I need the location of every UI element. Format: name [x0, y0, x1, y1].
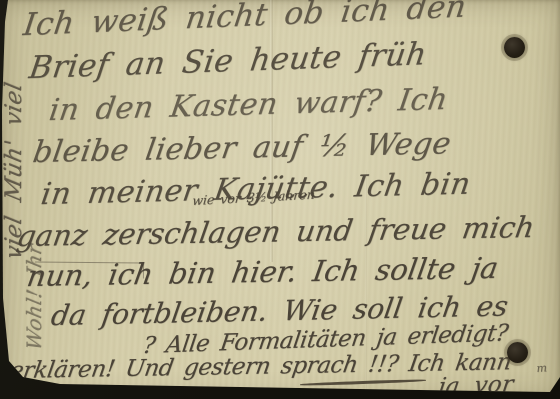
handwriting-line-4: bleibe lieber auf ½ Wege	[31, 126, 454, 170]
paper-sheet: Ich weiß nicht ob ich den Brief an Sie h…	[0, 0, 560, 399]
margin-note-vertical: Wohl! Ihr	[22, 147, 46, 352]
handwriting-line-2: Brief an Sie heute früh	[27, 36, 429, 86]
handwriting-line-7: nun, ich bin hier. Ich sollte ja	[25, 251, 501, 293]
scanned-letter-page: Ich weiß nicht ob ich den Brief an Sie h…	[0, 0, 560, 399]
handwriting-line-6: ganz zerschlagen und freue mich	[15, 210, 537, 253]
pen-underline	[158, 387, 274, 391]
handwriting-line-10: erklären! Und gestern sprach !!? Ich kan…	[8, 349, 513, 384]
handwriting-line-3: in den Kasten warf? Ich	[47, 82, 450, 128]
handwriting-line-11: ja vor	[436, 371, 515, 399]
punch-hole-bottom-right	[507, 342, 528, 363]
stray-pen-mark: m	[536, 361, 548, 375]
pen-underline	[300, 379, 426, 386]
punch-hole-top-right	[504, 37, 525, 58]
